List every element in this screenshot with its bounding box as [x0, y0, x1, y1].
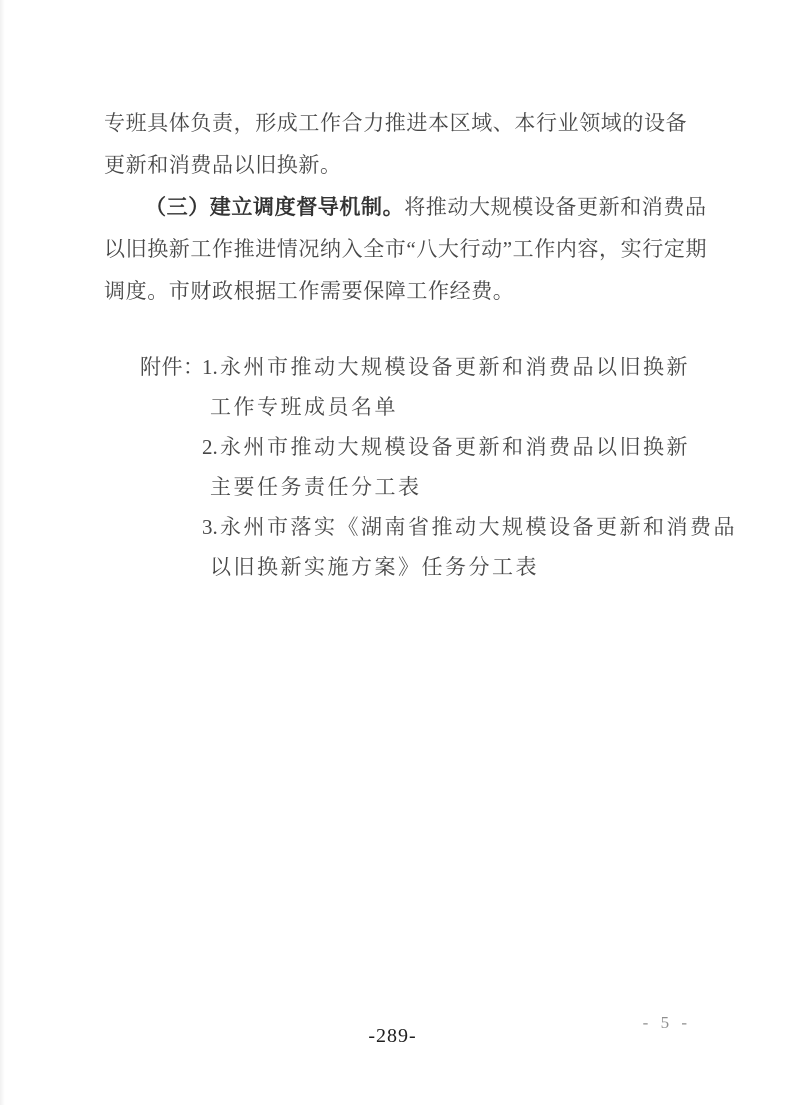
attachment-item-text: 永州市落实《湖南省推动大规模设备更新和消费品: [220, 515, 737, 539]
attachment-items: 1.永州市推动大规模设备更新和消费品以旧换新 工作专班成员名单 2.永州市推动大…: [202, 347, 737, 587]
attachment-item-text-continued: 以旧换新实施方案》任务分工表: [202, 547, 737, 587]
attachment-section: 附件： 1.永州市推动大规模设备更新和消费品以旧换新 工作专班成员名单 2.永州…: [140, 347, 737, 587]
attachment-item-text-continued: 工作专班成员名单: [202, 387, 737, 427]
attachment-item-title: 1.永州市推动大规模设备更新和消费品以旧换新: [202, 347, 737, 387]
body-line: 以旧换新工作推进情况纳入全市“八大行动”工作内容，实行定期: [104, 228, 714, 270]
attachment-item-title: 2.永州市推动大规模设备更新和消费品以旧换新: [202, 427, 737, 467]
doc-page-number: - 5 -: [643, 1013, 691, 1033]
attachment-item-number: 2.: [202, 427, 220, 467]
attachment-item-text: 永州市推动大规模设备更新和消费品以旧换新: [220, 435, 690, 459]
body-line-text: 将推动大规模设备更新和消费品: [404, 195, 706, 219]
attachment-item-number: 3.: [202, 507, 220, 547]
scanned-document-page: 专班具体负责，形成工作合力推进本区域、本行业领域的设备 更新和消费品以旧换新。 …: [0, 0, 785, 1105]
attachment-item-text-continued: 主要任务责任分工表: [202, 467, 737, 507]
section-heading: （三）建立调度督导机制。: [145, 195, 404, 219]
attachment-label: 附件：: [140, 347, 205, 387]
scan-edge-shadow: [0, 0, 5, 1105]
attachment-item-text: 永州市推动大规模设备更新和消费品以旧换新: [220, 355, 690, 379]
body-line: （三）建立调度督导机制。将推动大规模设备更新和消费品: [104, 186, 714, 228]
attachment-item-number: 1.: [202, 347, 220, 387]
body-line: 调度。市财政根据工作需要保障工作经费。: [104, 270, 714, 312]
body-line: 专班具体负责，形成工作合力推进本区域、本行业领域的设备: [104, 102, 714, 144]
attachment-item-title: 3.永州市落实《湖南省推动大规模设备更新和消费品: [202, 507, 737, 547]
body-line: 更新和消费品以旧换新。: [104, 144, 714, 186]
document-body: 专班具体负责，形成工作合力推进本区域、本行业领域的设备 更新和消费品以旧换新。 …: [104, 102, 714, 312]
